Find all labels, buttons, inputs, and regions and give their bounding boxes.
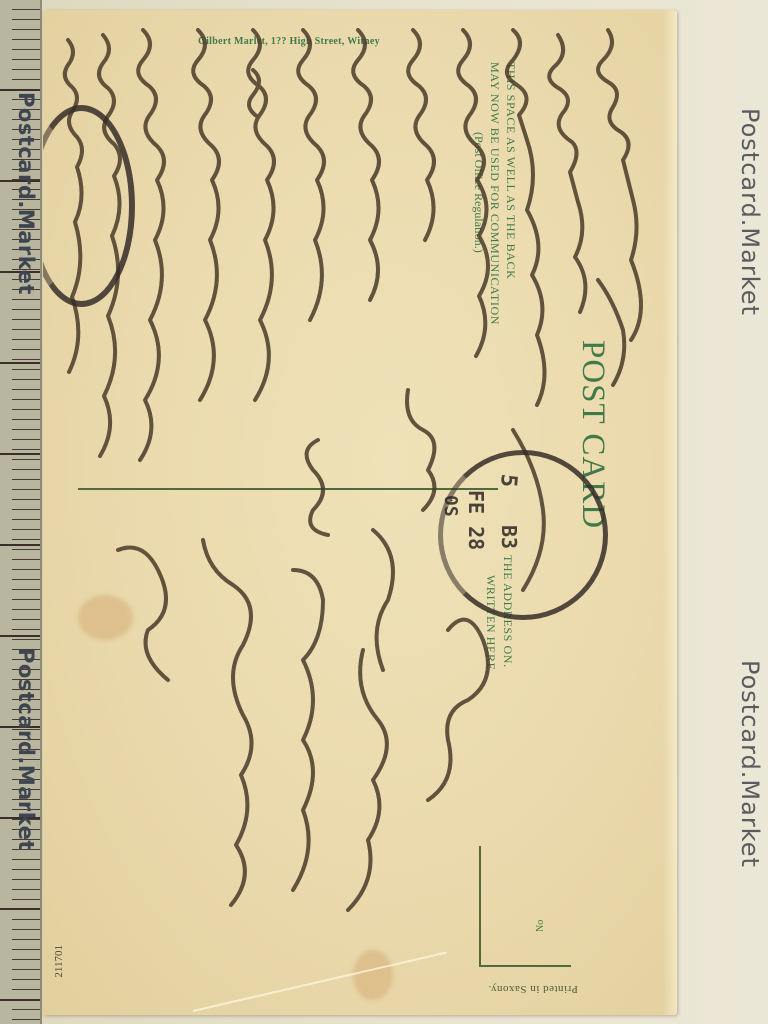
stamp-box-label: No — [535, 920, 546, 932]
postmark-partial-left — [43, 105, 135, 307]
stain — [78, 595, 133, 640]
postmark-year: B3 — [497, 525, 521, 549]
regulation-line-3: (Post Office Regulation.) — [471, 132, 486, 253]
ruler-watermark-bottom: Postcard.Market — [2, 648, 38, 851]
ruler-watermark-top: Postcard.Market — [2, 92, 38, 295]
regulation-line-1: THIS SPACE AS WELL AS THE BACK — [503, 62, 518, 279]
postmark-town: 0S — [440, 495, 461, 517]
postmark-circle: 5 FE 28 B3 0S — [438, 450, 608, 620]
serial-number: 211701 — [53, 945, 65, 978]
watermark-top: Postcard.Market — [718, 108, 764, 316]
stamp-box-border-bottom — [479, 965, 571, 967]
watermark-bottom: Postcard.Market — [718, 660, 764, 868]
postcard-reverse: Gilbert Marlet, 1?? High Street, Witney … — [43, 10, 677, 1015]
stamp-box-border — [479, 846, 481, 966]
measuring-ruler: Postcard.Market Postcard.Market — [0, 0, 42, 1024]
center-divider — [78, 488, 498, 490]
regulation-line-2: MAY NOW BE USED FOR COMMUNICATION — [487, 62, 502, 325]
publisher-line: Gilbert Marlet, 1?? High Street, Witney — [198, 36, 380, 47]
stain — [353, 950, 393, 1000]
crease — [193, 952, 447, 1012]
card-worn-edge — [663, 10, 677, 1015]
postmark-date: FE 28 — [464, 490, 488, 550]
postmark-day: 5 — [495, 473, 521, 488]
printed-in-label: Printed in Saxony. — [488, 983, 578, 995]
